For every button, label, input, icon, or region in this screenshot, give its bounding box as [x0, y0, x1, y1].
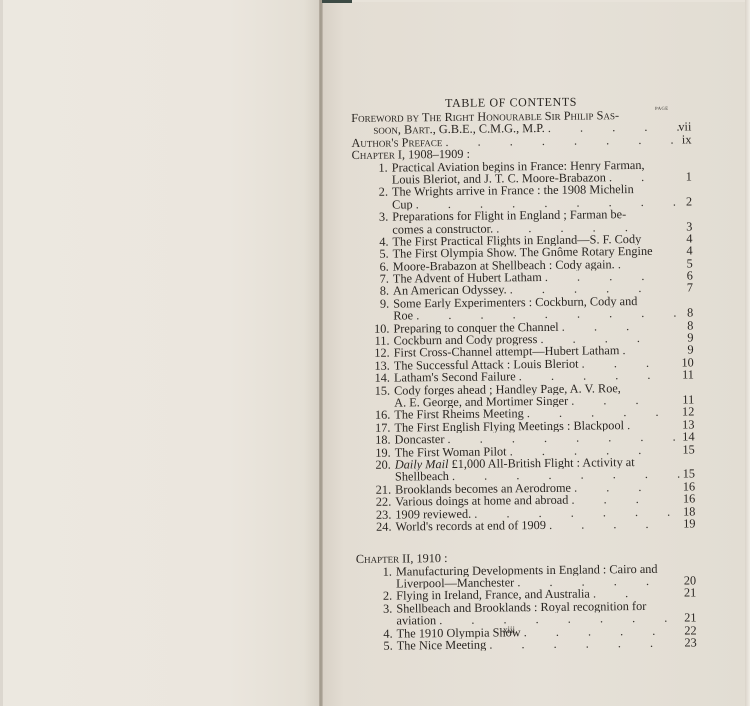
leader-dots: . . [593, 587, 641, 601]
leader-dots: . [622, 344, 638, 358]
entry-number: 22. [355, 496, 395, 509]
entry-number: 1. [356, 565, 396, 578]
page-edge [745, 0, 750, 706]
entry-number: 3. [356, 602, 396, 615]
page-number: 2 [664, 195, 692, 208]
entry-number: 2. [352, 186, 392, 199]
entry-number: 1. [352, 161, 392, 174]
page-number: 1 [664, 170, 692, 183]
page-number: 11 [666, 369, 694, 382]
entry-text-line: The Nice Meeting [397, 638, 487, 652]
page-number: 23 [669, 636, 697, 649]
page-number: 19 [667, 517, 695, 530]
entry-number: 15. [354, 384, 394, 397]
entry-text-line: comes a constructor. [392, 221, 493, 235]
leader-dots: . [627, 418, 643, 432]
entry-number: 9. [353, 297, 393, 310]
cover-edge [322, 0, 352, 3]
leader-dots: . [618, 257, 634, 271]
entry-text-line: Doncaster [395, 432, 445, 446]
page-number: 4 [665, 245, 693, 258]
entry-number: 20. [355, 458, 395, 471]
leader-dots: . . . . [549, 517, 662, 532]
newspaper-name: Daily Mail [395, 457, 449, 471]
entry-number: 5. [357, 640, 397, 653]
left-page [0, 0, 323, 706]
page-number: 8 [665, 307, 693, 320]
entry-text-line: An American Odyssey. [393, 283, 507, 298]
entry-text-line: Liverpool—Manchester [396, 575, 514, 590]
entry-text-line: Cup [392, 197, 413, 211]
page-number: 14 [667, 431, 695, 444]
entry-text-line: Latham's Second Failure [394, 369, 516, 384]
entry-text-line: The First Rheims Meeting [394, 407, 524, 422]
table-of-contents: TABLE OF CONTENTS PAGE Foreword by The R… [351, 94, 697, 652]
page-folio: xiii [503, 625, 515, 635]
leader-dots: . . [609, 170, 657, 184]
page-number: 15 [667, 468, 695, 481]
entry-number: 3. [352, 211, 392, 224]
page-number: 21 [668, 587, 696, 600]
page-number: 7 [665, 282, 693, 295]
entry-text-line: Roe [393, 309, 413, 323]
entry-text-line: World's records at end of 1909 [395, 518, 546, 533]
page-number: 16 [667, 493, 695, 506]
entry-text-line: The First Woman Pilot [395, 444, 507, 459]
page-number: ix [663, 133, 691, 146]
leader-dots: . . . . . . [489, 636, 666, 651]
page-number: 21 [668, 612, 696, 625]
entry-number: 18. [355, 434, 395, 447]
entry-text-line: 1909 reviewed. [395, 506, 471, 520]
entry-text-line: Shellbeach [395, 469, 449, 483]
entry-number: 24. [355, 520, 395, 533]
page-number: 15 [667, 443, 695, 456]
entry-text-line: aviation [396, 613, 436, 627]
entry-text-line: Author's Preface [351, 135, 442, 149]
